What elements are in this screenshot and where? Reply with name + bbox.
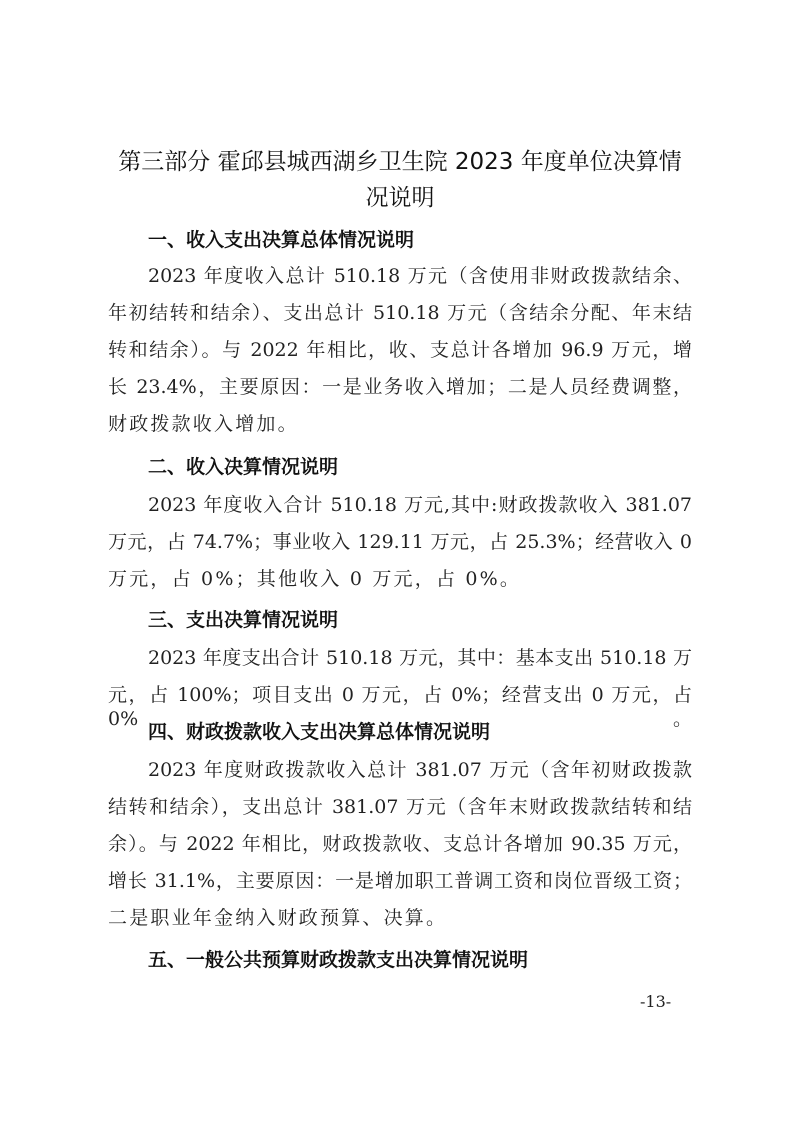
document-title-line-1: 第三部分 霍邱县城西湖乡卫生院 2023 年度单位决算情 [100, 144, 700, 180]
page-number: -13- [640, 992, 671, 1011]
paragraph-line: 2023 年度收入总计 510.18 万元（含使用非财政拨款结余、 [148, 264, 692, 288]
section-heading-4: 四、财政拨款收入支出决算总体情况说明 [148, 720, 490, 744]
paragraph-line: 万元，占 74.7%；事业收入 129.11 万元，占 25.3%；经营收入 0 [108, 530, 692, 554]
paragraph-line: 财政拨款收入增加。 [108, 412, 692, 436]
paragraph-line: 2023 年度支出合计 510.18 万元，其中：基本支出 510.18 万 [148, 646, 692, 670]
document-title-line-2: 况说明 [100, 180, 700, 216]
paragraph-line: 结转和结余），支出总计 381.07 万元（含年末财政拨款结转和结 [108, 795, 692, 819]
paragraph-line: 年初结转和结余）、支出总计 510.18 万元（含结余分配、年末结 [108, 301, 692, 325]
paragraph-line: 余）。与 2022 年相比，财政拨款收、支总计各增加 90.35 万元， [108, 832, 692, 856]
section-heading-3: 三、支出决算情况说明 [148, 608, 338, 632]
paragraph-line: 2023 年度财政拨款收入总计 381.07 万元（含年初财政拨款 [148, 758, 692, 782]
paragraph-line: 转和结余）。与 2022 年相比，收、支总计各增加 96.9 万元，增 [108, 338, 692, 362]
section-heading-5: 五、一般公共预算财政拨款支出决算情况说明 [148, 948, 528, 972]
document-page: 第三部分 霍邱县城西湖乡卫生院 2023 年度单位决算情 况说明 一、收入支出决… [0, 0, 793, 1122]
section-heading-2: 二、收入决算情况说明 [148, 455, 338, 479]
paragraph-line: 2023 年度收入合计 510.18 万元,其中:财政拨款收入 381.07 [148, 493, 692, 517]
paragraph-line: 万元，占 0%；其他收入 0 万元，占 0%。 [108, 567, 692, 591]
section-heading-1: 一、收入支出决算总体情况说明 [148, 228, 414, 252]
paragraph-line: 长 23.4%，主要原因：一是业务收入增加；二是人员经费调整， [108, 375, 692, 399]
paragraph-line: 二是职业年金纳入财政预算、决算。 [108, 906, 692, 930]
paragraph-line: 增长 31.1%，主要原因：一是增加职工普调工资和岗位晋级工资； [108, 869, 692, 893]
